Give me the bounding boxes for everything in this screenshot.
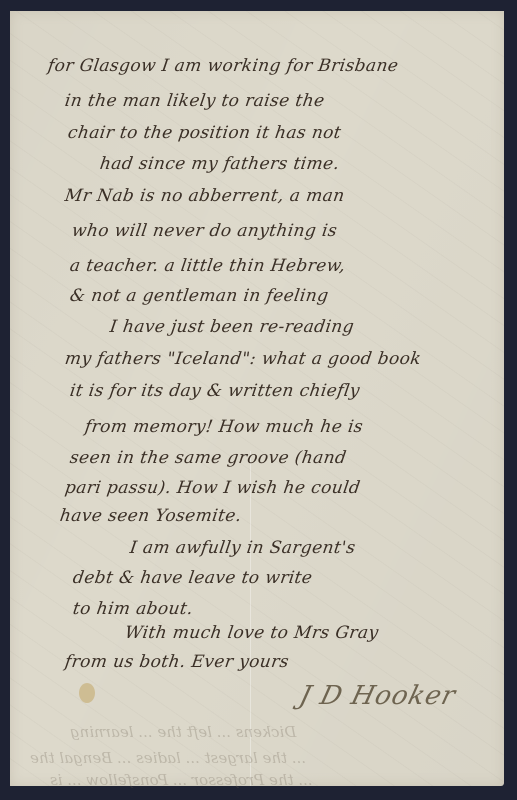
bleed-through-text: ... the largest ... ladies ... Bengal th… — [30, 749, 306, 767]
letter-line: a teacher. a little thin Hebrew, — [69, 256, 347, 276]
letter-line: seen in the same groove (hand — [69, 448, 348, 468]
letter-line: I am awfully in Sargent's — [129, 538, 357, 558]
letter-line: from memory! How much he is — [84, 417, 365, 437]
bleed-through-text: Dickens ... left the ... learning — [70, 723, 296, 741]
letter-line: pari passu). How I wish he could — [64, 478, 362, 498]
letter-page: for Glasgow I am working for Brisbane in… — [10, 11, 504, 786]
letter-line: chair to the position it has not — [67, 123, 343, 143]
letter-line: for Glasgow I am working for Brisbane — [47, 56, 400, 76]
foxing-stain — [79, 683, 95, 703]
letter-line: who will never do anything is — [71, 221, 339, 241]
letter-line: With much love to Mrs Gray — [124, 623, 380, 643]
bleed-through-text: ... the Professor ... Ponsfellow ... is — [50, 771, 313, 789]
letter-line: had since my fathers time. — [99, 154, 341, 174]
letter-line: from us both. Ever yours — [64, 652, 291, 672]
letter-line: Mr Nab is no abberrent, a man — [64, 186, 346, 206]
letter-line: debt & have leave to write — [72, 568, 314, 588]
letter-line: to him about. — [72, 599, 195, 619]
letter-line: & not a gentleman in feeling — [69, 286, 330, 306]
letter-line: in the man likely to raise the — [64, 91, 326, 111]
letter-line: I have just been re-reading — [109, 317, 356, 337]
signature: J D Hooker — [296, 681, 459, 711]
letter-line: it is for its day & written chiefly — [69, 381, 362, 401]
letter-line: my fathers "Iceland": what a good book — [64, 349, 423, 369]
letter-line: have seen Yosemite. — [59, 506, 243, 526]
